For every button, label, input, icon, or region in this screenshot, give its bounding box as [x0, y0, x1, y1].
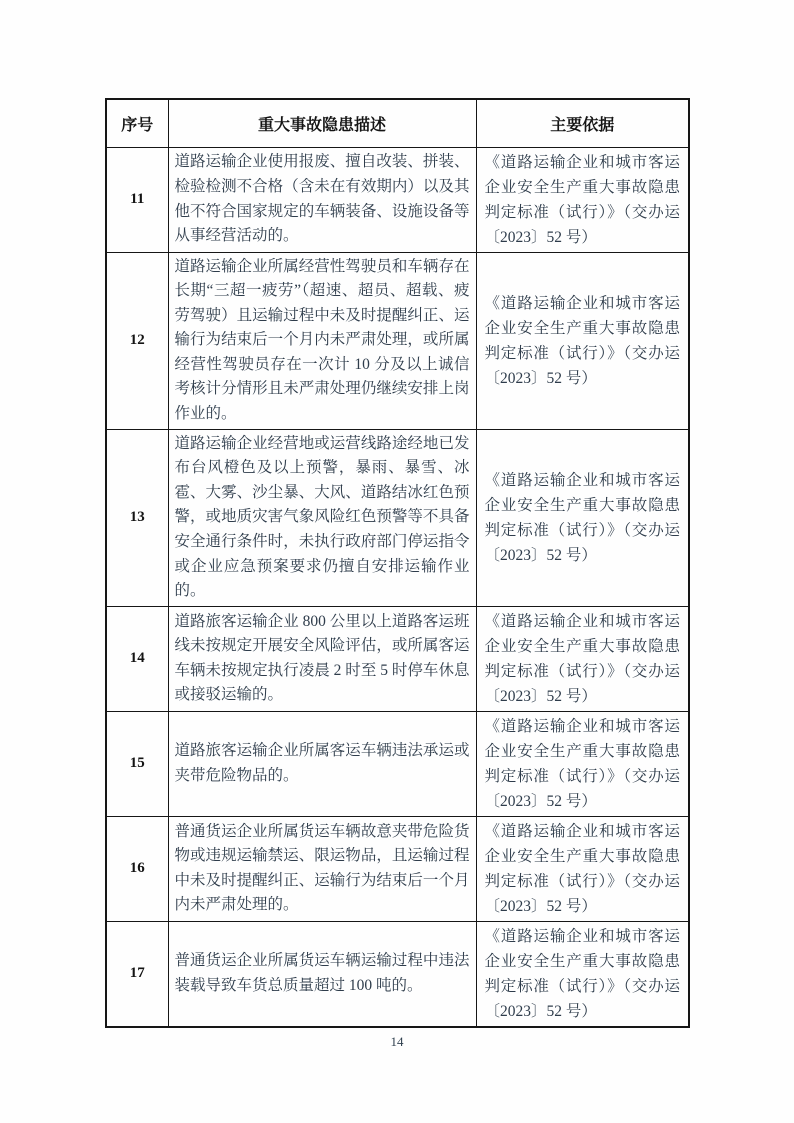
row-number: 12 — [106, 252, 168, 429]
column-header-description: 重大事故隐患描述 — [168, 99, 476, 147]
hazard-description: 道路运输企业经营地或运营线路途经地已发布台风橙色及以上预警，暴雨、暴雪、冰雹、大… — [168, 429, 476, 606]
basis-reference: 《道路运输企业和城市客运企业安全生产重大事故隐患判定标准（试行）》（交办运〔20… — [476, 147, 689, 252]
table-header-row: 序号 重大事故隐患描述 主要依据 — [106, 99, 689, 147]
table-row: 15 道路旅客运输企业所属客运车辆违法承运或夹带危险物品的。 《道路运输企业和城… — [106, 711, 689, 816]
basis-reference: 《道路运输企业和城市客运企业安全生产重大事故隐患判定标准（试行）》（交办运〔20… — [476, 816, 689, 921]
document-page: 序号 重大事故隐患描述 主要依据 11 道路运输企业使用报废、擅自改装、拼装、检… — [0, 0, 794, 1123]
hazard-description: 普通货运企业所属货运车辆运输过程中违法装载导致车货总质量超过 100 吨的。 — [168, 921, 476, 1027]
hazard-table: 序号 重大事故隐患描述 主要依据 11 道路运输企业使用报废、擅自改装、拼装、检… — [105, 98, 690, 1028]
basis-reference: 《道路运输企业和城市客运企业安全生产重大事故隐患判定标准（试行）》（交办运〔20… — [476, 711, 689, 816]
hazard-description: 道路运输企业使用报废、擅自改装、拼装、检验检测不合格（含未在有效期内）以及其他不… — [168, 147, 476, 252]
basis-reference: 《道路运输企业和城市客运企业安全生产重大事故隐患判定标准（试行）》（交办运〔20… — [476, 429, 689, 606]
table-row: 14 道路旅客运输企业 800 公里以上道路客运班线未按规定开展安全风险评估，或… — [106, 606, 689, 711]
row-number: 17 — [106, 921, 168, 1027]
page-number: 14 — [0, 1034, 794, 1050]
table-row: 16 普通货运企业所属货运车辆故意夹带危险货物或违规运输禁运、限运物品，且运输过… — [106, 816, 689, 921]
row-number: 11 — [106, 147, 168, 252]
row-number: 15 — [106, 711, 168, 816]
hazard-description: 道路旅客运输企业 800 公里以上道路客运班线未按规定开展安全风险评估，或所属客… — [168, 606, 476, 711]
column-header-basis: 主要依据 — [476, 99, 689, 147]
hazard-description: 普通货运企业所属货运车辆故意夹带危险货物或违规运输禁运、限运物品，且运输过程中未… — [168, 816, 476, 921]
basis-reference: 《道路运输企业和城市客运企业安全生产重大事故隐患判定标准（试行）》（交办运〔20… — [476, 606, 689, 711]
column-header-index: 序号 — [106, 99, 168, 147]
table-row: 12 道路运输企业所属经营性驾驶员和车辆存在长期“三超一疲劳”（超速、超员、超载… — [106, 252, 689, 429]
table-row: 17 普通货运企业所属货运车辆运输过程中违法装载导致车货总质量超过 100 吨的… — [106, 921, 689, 1027]
basis-reference: 《道路运输企业和城市客运企业安全生产重大事故隐患判定标准（试行）》（交办运〔20… — [476, 252, 689, 429]
table-row: 13 道路运输企业经营地或运营线路途经地已发布台风橙色及以上预警，暴雨、暴雪、冰… — [106, 429, 689, 606]
row-number: 16 — [106, 816, 168, 921]
basis-reference: 《道路运输企业和城市客运企业安全生产重大事故隐患判定标准（试行）》（交办运〔20… — [476, 921, 689, 1027]
row-number: 13 — [106, 429, 168, 606]
table-row: 11 道路运输企业使用报废、擅自改装、拼装、检验检测不合格（含未在有效期内）以及… — [106, 147, 689, 252]
hazard-description: 道路旅客运输企业所属客运车辆违法承运或夹带危险物品的。 — [168, 711, 476, 816]
row-number: 14 — [106, 606, 168, 711]
hazard-description: 道路运输企业所属经营性驾驶员和车辆存在长期“三超一疲劳”（超速、超员、超载、疲劳… — [168, 252, 476, 429]
